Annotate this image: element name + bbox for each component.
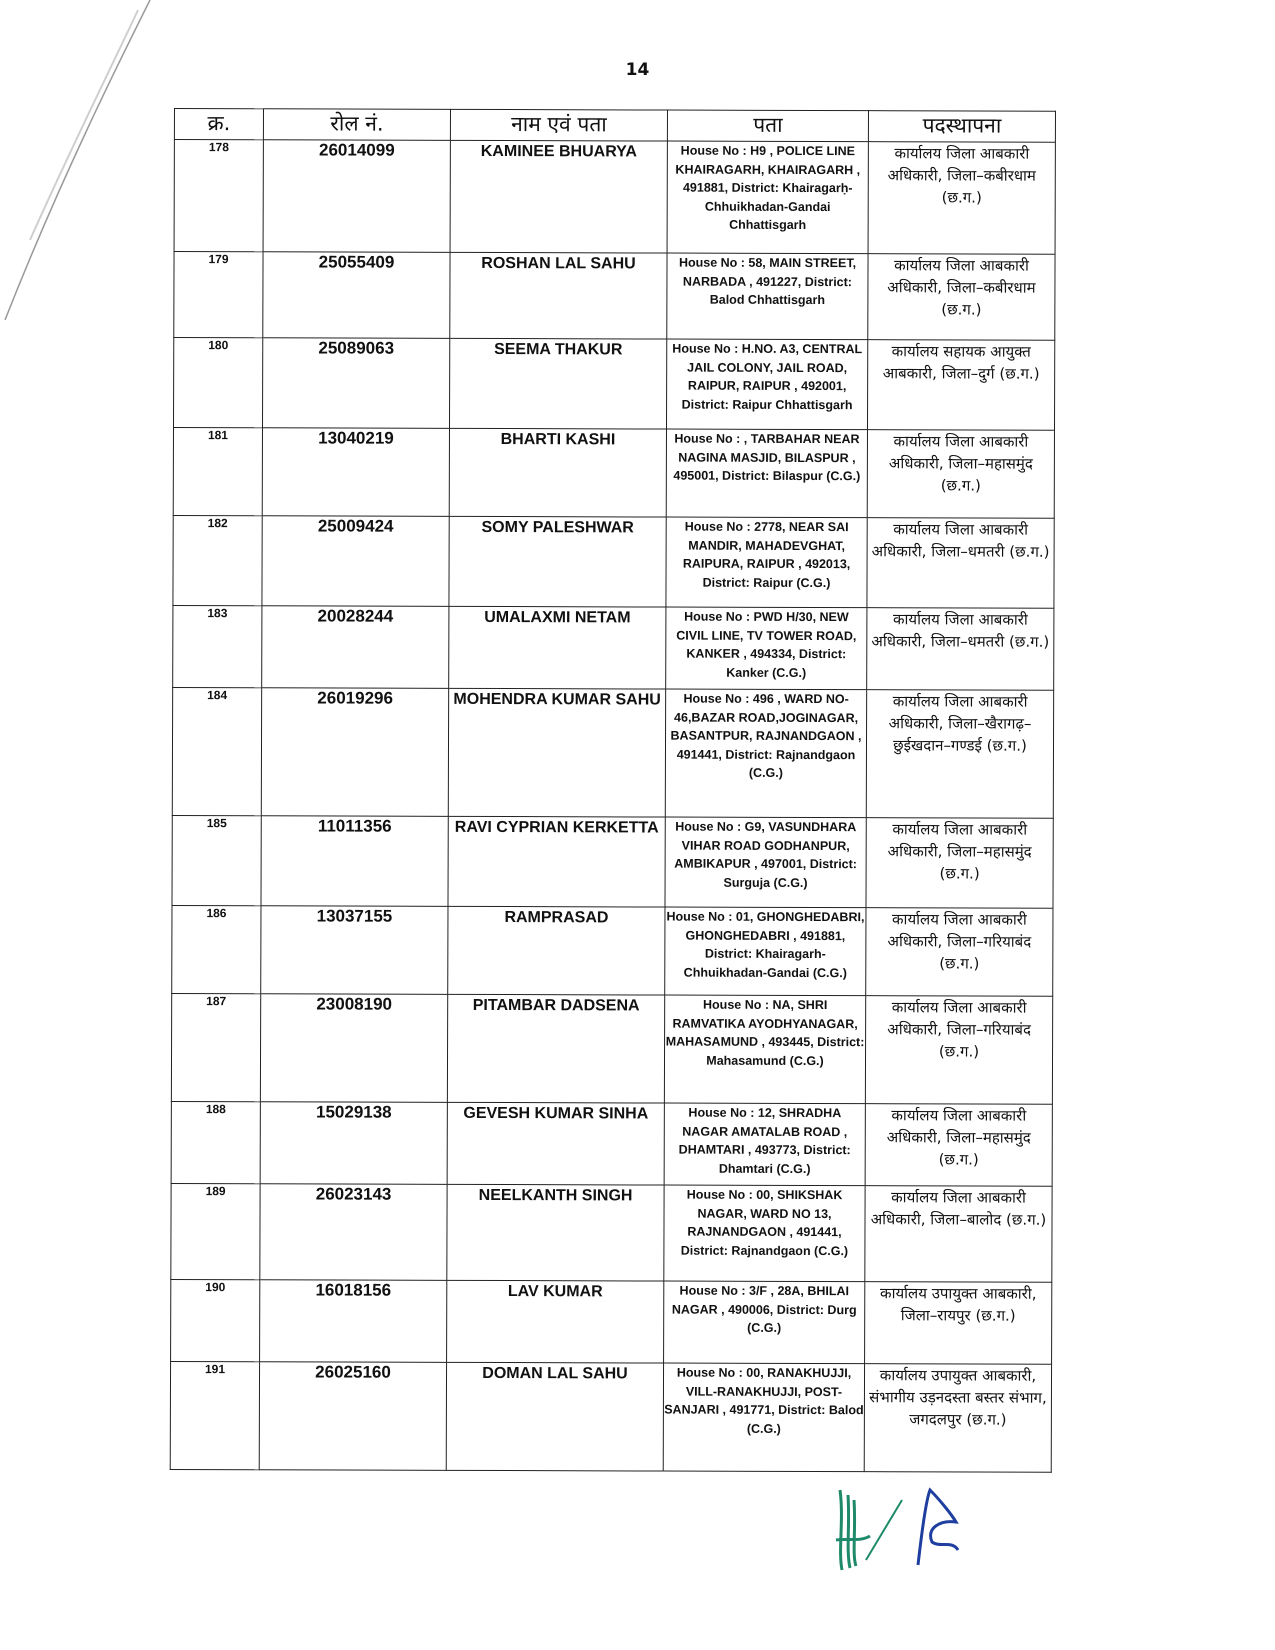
address-cell: House No : PWD H/30, NEW CIVIL LINE, TV …: [666, 607, 867, 690]
address-cell: House No : H9 , POLICE LINE KHAIRAGARH, …: [667, 141, 868, 254]
posting-office-cell: कार्यालय जिला आबकारी अधिकारी, जिला–महासम…: [865, 1104, 1052, 1187]
roll-no-cell: 25089063: [262, 338, 449, 429]
roll-no-cell: 16018156: [260, 1280, 447, 1363]
candidate-name-cell: SOMY PALESHWAR: [449, 516, 666, 607]
address-cell: House No : 3/F , 28A, BHILAI NAGAR , 490…: [664, 1281, 865, 1364]
address-cell: House No : , TARBAHAR NEAR NAGINA MASJID…: [666, 429, 867, 518]
candidate-name-cell: UMALAXMI NETAM: [449, 606, 666, 689]
roll-no-cell: 20028244: [262, 606, 449, 689]
serial-no-cell: 182: [173, 515, 262, 605]
header-name: नाम एवं पता: [450, 109, 667, 141]
candidate-name-cell: RAVI CYPRIAN KERKETTA: [448, 816, 665, 907]
table-row: 18511011356RAVI CYPRIAN KERKETTAHouse No…: [172, 815, 1053, 908]
address-cell: House No : 12, SHRADHA NAGAR AMATALAB RO…: [664, 1103, 865, 1186]
candidate-name-cell: LAV KUMAR: [447, 1280, 664, 1363]
candidate-name-cell: SEEMA THAKUR: [449, 338, 666, 429]
table-row: 18815029138GEVESH KUMAR SINHAHouse No : …: [171, 1101, 1052, 1186]
table-row: 18320028244UMALAXMI NETAMHouse No : PWD …: [173, 605, 1054, 690]
roll-no-cell: 26023143: [260, 1184, 447, 1281]
serial-no-cell: 184: [172, 687, 261, 815]
serial-no-cell: 179: [174, 252, 263, 338]
serial-no-cell: 185: [172, 815, 261, 905]
table-row: 19016018156LAV KUMARHouse No : 3/F , 28A…: [171, 1279, 1052, 1364]
roll-no-cell: 23008190: [260, 994, 447, 1103]
serial-no-cell: 190: [171, 1279, 260, 1361]
table-row: 18113040219BHARTI KASHIHouse No : , TARB…: [173, 428, 1054, 519]
table-row: 18025089063SEEMA THAKURHouse No : H.NO. …: [173, 338, 1054, 431]
signature-icon: [830, 1470, 970, 1580]
address-cell: House No : 00, RANAKHUJJI, VILL-RANAKHUJ…: [663, 1363, 864, 1472]
table-row: 18723008190PITAMBAR DADSENAHouse No : NA…: [171, 993, 1052, 1104]
serial-no-cell: 187: [171, 993, 260, 1101]
posting-office-cell: कार्यालय जिला आबकारी अधिकारी, जिला–गरिया…: [865, 996, 1052, 1105]
posting-office-cell: कार्यालय उपायुक्त आबकारी, संभागीय उड़नदस…: [864, 1364, 1051, 1473]
serial-no-cell: 188: [171, 1101, 260, 1183]
address-cell: House No : H.NO. A3, CENTRAL JAIL COLONY…: [666, 339, 867, 430]
candidate-name-cell: ROSHAN LAL SAHU: [450, 252, 667, 339]
posting-office-cell: कार्यालय जिला आबकारी अधिकारी, जिला–गरिया…: [866, 908, 1053, 997]
posting-office-cell: कार्यालय सहायक आयुक्त आबकारी, जिला–दुर्ग…: [867, 340, 1054, 431]
candidate-name-cell: BHARTI KASHI: [449, 428, 666, 517]
table-row: 18225009424SOMY PALESHWARHouse No : 2778…: [173, 515, 1054, 608]
header-address: पता: [667, 110, 868, 142]
posting-office-cell: कार्यालय जिला आबकारी अधिकारी, जिला–महासम…: [867, 430, 1054, 519]
candidate-name-cell: DOMAN LAL SAHU: [446, 1362, 663, 1471]
table-row: 18613037155RAMPRASADHouse No : 01, GHONG…: [172, 905, 1053, 996]
posting-office-cell: कार्यालय जिला आबकारी अधिकारी, जिला–कबीरध…: [868, 254, 1055, 341]
table-header-row: क्र. रोल नं. नाम एवं पता पता पदस्थापना: [174, 109, 1055, 143]
candidate-name-cell: NEELKANTH SINGH: [447, 1184, 664, 1281]
header-posting: पदस्थापना: [868, 111, 1055, 143]
candidate-name-cell: PITAMBAR DADSENA: [447, 994, 664, 1103]
posting-office-cell: कार्यालय जिला आबकारी अधिकारी, जिला–कबीरध…: [868, 142, 1055, 255]
roll-no-cell: 11011356: [261, 816, 448, 907]
address-cell: House No : G9, VASUNDHARA VIHAR ROAD GOD…: [665, 817, 866, 908]
candidate-name-cell: MOHENDRA KUMAR SAHU: [448, 688, 665, 817]
table-body: 17826014099KAMINEE BHUARYAHouse No : H9 …: [170, 140, 1055, 1473]
candidate-name-cell: RAMPRASAD: [448, 906, 665, 995]
candidate-posting-table: क्र. रोल नं. नाम एवं पता पता पदस्थापना 1…: [170, 108, 1056, 1473]
roll-no-cell: 26014099: [263, 140, 450, 253]
address-cell: House No : 00, SHIKSHAK NAGAR, WARD NO 1…: [664, 1185, 865, 1282]
posting-office-cell: कार्यालय जिला आबकारी अधिकारी, जिला–महासम…: [866, 818, 1053, 909]
roll-no-cell: 26025160: [259, 1362, 446, 1471]
header-roll-no: रोल नं.: [263, 109, 450, 141]
candidate-name-cell: GEVESH KUMAR SINHA: [447, 1102, 664, 1185]
serial-no-cell: 183: [173, 605, 262, 687]
address-cell: House No : 496 , WARD NO-46,BAZAR ROAD,J…: [665, 689, 866, 818]
address-cell: House No : 58, MAIN STREET, NARBADA , 49…: [667, 253, 868, 340]
serial-no-cell: 191: [170, 1361, 259, 1469]
address-cell: House No : 01, GHONGHEDABRI, GHONGHEDABR…: [665, 907, 866, 996]
address-cell: House No : NA, SHRI RAMVATIKA AYODHYANAG…: [664, 995, 865, 1104]
table-row: 19126025160DOMAN LAL SAHUHouse No : 00, …: [170, 1361, 1051, 1472]
roll-no-cell: 15029138: [260, 1102, 447, 1185]
serial-no-cell: 181: [173, 428, 262, 516]
posting-office-cell: कार्यालय जिला आबकारी अधिकारी, जिला–खैराग…: [866, 690, 1053, 819]
posting-office-cell: कार्यालय उपायुक्त आबकारी, जिला–रायपुर (छ…: [865, 1282, 1052, 1365]
scan-edge-shadow-icon: [0, 0, 170, 330]
serial-no-cell: 189: [171, 1183, 260, 1279]
posting-office-cell: कार्यालय जिला आबकारी अधिकारी, जिला–धमतरी…: [867, 518, 1054, 609]
serial-no-cell: 186: [172, 905, 261, 993]
candidate-name-cell: KAMINEE BHUARYA: [450, 140, 667, 253]
roll-no-cell: 13040219: [262, 428, 449, 517]
posting-office-cell: कार्यालय जिला आबकारी अधिकारी, जिला–धमतरी…: [867, 608, 1054, 691]
roll-no-cell: 13037155: [261, 906, 448, 995]
page-number: 14: [0, 60, 1275, 80]
header-serial-no: क्र.: [174, 109, 263, 140]
table-row: 18426019296MOHENDRA KUMAR SAHUHouse No :…: [172, 687, 1053, 818]
address-cell: House No : 2778, NEAR SAI MANDIR, MAHADE…: [666, 517, 867, 608]
roll-no-cell: 25009424: [262, 516, 449, 607]
roll-no-cell: 26019296: [261, 688, 448, 817]
roll-no-cell: 25055409: [263, 252, 450, 339]
table-row: 17826014099KAMINEE BHUARYAHouse No : H9 …: [174, 140, 1055, 255]
table-row: 17925055409ROSHAN LAL SAHUHouse No : 58,…: [174, 252, 1055, 341]
table-row: 18926023143NEELKANTH SINGHHouse No : 00,…: [171, 1183, 1052, 1282]
posting-office-cell: कार्यालय जिला आबकारी अधिकारी, जिला–बालोद…: [865, 1186, 1052, 1283]
serial-no-cell: 178: [174, 140, 263, 252]
serial-no-cell: 180: [173, 338, 262, 428]
